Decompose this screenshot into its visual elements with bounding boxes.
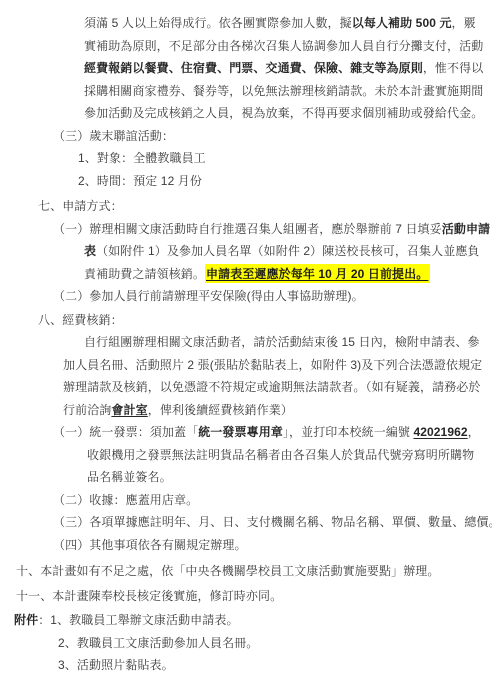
text-segment: 表: [84, 244, 96, 258]
doc-line: （一）統一發票：須加蓋「統一發票專用章」，並打印本校統一編號 42021962，: [0, 421, 492, 444]
text-segment: 十一、本計畫陳奉校長核定後實施，修訂時亦同。: [16, 589, 282, 603]
doc-line: 自行組團辦理相關文康活動者，請於活動結束後 15 日內，檢附申請表、參: [0, 331, 492, 354]
text-segment: 附件: [14, 613, 38, 627]
text-segment: 八、經費核銷：: [38, 313, 123, 327]
text-segment: 須滿 5 人以上始得成行。依各團實際參加人數，擬: [84, 16, 352, 30]
doc-line: 參加活動及完成核銷之人員，視為放棄，不得再要求個別補助或發給代金。: [0, 102, 492, 125]
doc-line: 採購相關商家禮券、餐券等，以免無法辦理核銷請款。未於本計畫實施期間: [0, 80, 492, 103]
text-segment: 3、活動照片黏貼表。: [58, 658, 174, 672]
doc-line: 實補助為原則，不足部分由各梯次召集人協調參加人員自行分攤支付，活動: [0, 35, 492, 58]
text-segment: 以每人補助 500 元: [352, 16, 452, 30]
text-segment: 加人員名冊、活動照片 2 張(張貼於黏貼表上，如附件 3)及下列合法憑證依規定: [63, 358, 482, 372]
text-segment: ，惟不得以: [423, 61, 484, 75]
document-body: 須滿 5 人以上始得成行。依各團實際參加人數，擬以每人補助 500 元，覈實補助…: [0, 12, 492, 677]
text-segment: （一）辦理相關文康活動時自行推選召集人組團者，應於舉辦前 7 日填妥: [53, 222, 442, 236]
doc-line: 經費報銷以餐費、住宿費、門票、交通費、保險、雜支等為原則，惟不得以: [0, 57, 492, 80]
text-segment: 行前洽詢: [63, 403, 111, 417]
doc-line: 十一、本計畫陳奉校長核定後實施，修訂時亦同。: [0, 585, 492, 608]
doc-line: （一）辦理相關文康活動時自行推選召集人組團者，應於舉辦前 7 日填妥活動申請: [0, 218, 492, 241]
doc-line: （二）參加人員行前請辦理平安保險(得由人事協助辦理)。: [0, 285, 492, 308]
text-segment: （如附件 1）及參加人員名單（如附件 2）陳送校長核可，召集人並應負: [96, 244, 479, 258]
text-segment: 收銀機用之發票無法註明貨品名稱者由各召集人於貨品代號旁寫明所購物: [87, 448, 474, 462]
text-segment: 責補助費之請領核銷。: [84, 267, 205, 281]
text-segment: 會計室: [111, 403, 147, 417]
text-segment: 十、本計畫如有不足之處，依「中央各機關學校員工文康活動實施要點」辦理。: [16, 564, 440, 578]
doc-line: 責補助費之請領核銷。申請表至遲應於每年 10 月 20 日前提出。: [0, 263, 492, 286]
doc-line: 加人員名冊、活動照片 2 張(張貼於黏貼表上，如附件 3)及下列合法憑證依規定: [0, 354, 492, 377]
text-segment: （二）收據：應蓋用店章。: [53, 493, 198, 507]
doc-line: 表（如附件 1）及參加人員名單（如附件 2）陳送校長核可，召集人並應負: [0, 240, 492, 263]
text-segment: 42021962: [413, 425, 467, 439]
highlighted-text: 申請表至遲應於每年 10 月 20 日前提出。: [205, 264, 430, 283]
text-segment: 七、申請方式：: [38, 199, 123, 213]
doc-line: 2、時間：預定 12 月份: [0, 170, 492, 193]
text-segment: （四）其他事項依各有關規定辦理。: [53, 538, 247, 552]
document-page: 須滿 5 人以上始得成行。依各團實際參加人數，擬以每人補助 500 元，覈實補助…: [0, 0, 492, 687]
text-segment: ，俾利後續經費核銷作業）: [148, 403, 293, 417]
doc-line: 1、對象：全體教職員工: [0, 147, 492, 170]
text-segment: （二）參加人員行前請辦理平安保險(得由人事協助辦理)。: [53, 289, 364, 303]
doc-line: 辦理請款及核銷，以免憑證不符規定或逾期無法請款者。（如有疑義，請務必於: [0, 376, 492, 399]
text-segment: 」，並打印本校統一編號: [283, 425, 414, 439]
doc-line: 八、經費核銷：: [0, 309, 492, 332]
text-segment: 2、教職員工文康活動參加人員名冊。: [58, 636, 258, 650]
text-segment: 品名稱並簽名。: [87, 470, 172, 484]
text-segment: ：1、教職員工舉辦文康活動申請表。: [38, 613, 238, 627]
doc-line: 2、教職員工文康活動參加人員名冊。: [0, 632, 492, 655]
doc-line: （二）收據：應蓋用店章。: [0, 489, 492, 512]
text-segment: 實補助為原則，不足部分由各梯次召集人協調參加人員自行分攤支付，活動: [84, 39, 483, 53]
text-segment: （一）統一發票：須加蓋「: [53, 425, 198, 439]
doc-line: （三）歲末聯誼活動：: [0, 125, 492, 148]
text-segment: 採購相關商家禮券、餐券等，以免無法辦理核銷請款。未於本計畫實施期間: [84, 84, 483, 98]
doc-line: （三）各項單據應註明年、月、日、支付機關名稱、物品名稱、單價、數量、總價。: [0, 511, 492, 534]
text-segment: 辦理請款及核銷，以免憑證不符規定或逾期無法請款者。（如有疑義，請務必於: [63, 380, 481, 394]
text-segment: 參加活動及完成核銷之人員，視為放棄，不得再要求個別補助或發給代金。: [84, 106, 483, 120]
text-segment: 自行組團辦理相關文康活動者，請於活動結束後 15 日內，檢附申請表、參: [84, 335, 480, 349]
text-segment: （三）歲末聯誼活動：: [53, 129, 174, 143]
doc-line: 須滿 5 人以上始得成行。依各團實際參加人數，擬以每人補助 500 元，覈: [0, 12, 492, 35]
doc-line: （四）其他事項依各有關規定辦理。: [0, 534, 492, 557]
doc-line: 3、活動照片黏貼表。: [0, 654, 492, 677]
doc-line: 行前洽詢會計室，俾利後續經費核銷作業）: [0, 399, 492, 422]
text-segment: ，覈: [452, 16, 476, 30]
text-segment: 經費報銷以餐費、住宿費、門票、交通費、保險、雜支等為原則: [84, 61, 423, 75]
text-segment: 統一發票專用章: [198, 425, 283, 439]
doc-line: 附件：1、教職員工舉辦文康活動申請表。: [0, 609, 492, 632]
doc-line: 十、本計畫如有不足之處，依「中央各機關學校員工文康活動實施要點」辦理。: [0, 560, 492, 583]
text-segment: ，: [468, 425, 480, 439]
text-segment: 活動申請: [442, 222, 490, 236]
doc-line: 七、申請方式：: [0, 195, 492, 218]
doc-line: 品名稱並簽名。: [0, 466, 492, 489]
text-segment: （三）各項單據應註明年、月、日、支付機關名稱、物品名稱、單價、數量、總價。: [53, 515, 492, 529]
doc-line: 收銀機用之發票無法註明貨品名稱者由各召集人於貨品代號旁寫明所購物: [0, 444, 492, 467]
text-segment: 1、對象：全體教職員工: [78, 151, 206, 165]
text-segment: 2、時間：預定 12 月份: [78, 174, 202, 188]
